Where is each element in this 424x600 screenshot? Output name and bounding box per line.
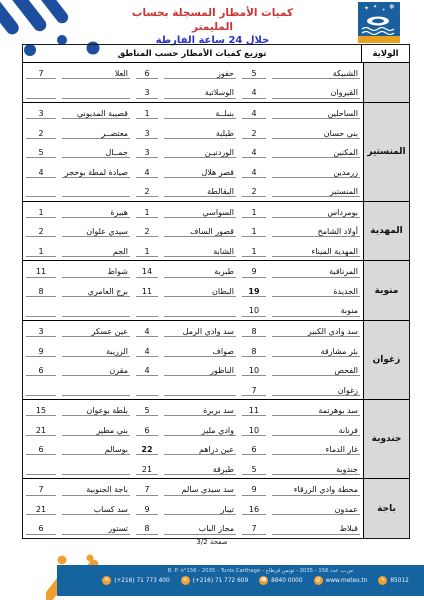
contact-item: ☎8840 0000 [259, 576, 302, 585]
station-name-text: تيبار [164, 505, 236, 515]
rain-value-text: 11 [136, 287, 158, 297]
station-name-cell: سد وادي الرمل [161, 321, 239, 341]
rain-value-cell: 3 [133, 123, 161, 143]
station-name-text: الجم [62, 247, 130, 257]
station-name-cell: البطان [161, 281, 239, 301]
station-name-cell: جمــال [59, 142, 133, 162]
rain-value-text: 1 [26, 247, 56, 257]
rain-value-cell: 10 [239, 420, 269, 440]
rain-value-cell: 21 [23, 420, 59, 440]
wilaya-cell: منوبة [363, 261, 409, 320]
rain-value-text: 4 [136, 347, 158, 357]
contact-text: (+216) 71 772 609 [193, 578, 248, 584]
rain-value-text: 3 [26, 109, 56, 119]
rain-value-cell [23, 459, 59, 479]
rain-value-cell: 4 [239, 162, 269, 182]
station-name-text: البقالطة [164, 187, 236, 197]
rain-value-cell: 22 [133, 439, 161, 459]
rain-value-cell: 6 [133, 63, 161, 83]
station-name-text: سد وادي الكبير [272, 327, 360, 337]
station-name-text: غار الدماء [272, 445, 360, 455]
rain-value-text [26, 89, 56, 99]
regions-column-header: توزيع كميات الأمطار حسب المناطق [23, 45, 361, 62]
rain-value-text: 5 [242, 69, 266, 79]
station-name-cell: قصر هلال [161, 162, 239, 182]
rain-value-cell: 4 [239, 142, 269, 162]
rainfall-table: الولاية توزيع كميات الأمطار حسب المناطق … [22, 44, 410, 539]
station-name-cell: زرمدين [269, 162, 363, 182]
rain-value-cell: 1 [239, 221, 269, 241]
rain-value-cell: 2 [23, 123, 59, 143]
rain-value-text: 6 [136, 426, 158, 436]
table-row: أولاد الشامخ1قصور الساف2سيدي علوان2 [23, 221, 363, 241]
group-rows: سد بوهرتمة11سد بربرة5بلطة بوعوان15فرنانة… [23, 400, 363, 478]
rain-value-cell: 1 [133, 202, 161, 222]
station-name-text: جندوبة [272, 465, 360, 475]
rain-value-cell: 3 [133, 142, 161, 162]
rain-value-cell: 16 [239, 499, 269, 519]
contact-item: ✎85012 [378, 576, 408, 585]
rain-value-cell [23, 181, 59, 201]
rain-value-cell: 1 [239, 241, 269, 261]
station-name-text: عين عسكر [62, 327, 130, 337]
station-name-text: بني حسان [272, 129, 360, 139]
station-name-text: بومرداس [272, 208, 360, 218]
rain-value-text: 8 [242, 347, 266, 357]
station-name-cell [59, 380, 133, 400]
rain-value-text: 7 [26, 69, 56, 79]
rain-value-text: 6 [26, 524, 56, 534]
rain-value-cell: 8 [239, 341, 269, 361]
station-name-cell: بئر مشارقة [269, 341, 363, 361]
wilaya-group: باجةمحطة وادي الزرقاء9سد سيدي سالم7باجة … [23, 478, 409, 538]
station-name-cell: غار الدماء [269, 439, 363, 459]
station-name-text [62, 188, 130, 197]
station-name-text: الزريبة [62, 347, 130, 357]
rain-value-cell [23, 301, 59, 321]
station-name-text: طبربة [164, 267, 236, 277]
wilaya-group: المهديةبومرداس1السواسي1هبيرة1أولاد الشام… [23, 201, 409, 261]
rain-value-cell: 9 [133, 499, 161, 519]
rain-value-cell [23, 83, 59, 103]
station-name-text: المكنين [272, 148, 360, 158]
rain-value-cell: 4 [133, 162, 161, 182]
station-name-text: زرمدين [272, 168, 360, 178]
station-name-cell: هبيرة [59, 202, 133, 222]
rain-value-cell: 1 [133, 241, 161, 261]
svg-text:✦: ✦ [382, 7, 386, 12]
rain-value-text: 7 [136, 485, 158, 495]
station-name-text: بني مطير [62, 426, 130, 436]
rain-value-text: 21 [136, 465, 158, 475]
contact-item: ☏(+216) 71 772 609 [181, 576, 248, 585]
rain-value-cell: 21 [23, 499, 59, 519]
station-name-text: بلطة بوعوان [62, 406, 130, 416]
station-name-cell: معتصــر [59, 123, 133, 143]
station-name-cell: الزريبة [59, 341, 133, 361]
table-row: الفحص10الناظور4مقرن6 [23, 360, 363, 380]
table-row: زغوان7 [23, 380, 363, 400]
station-name-cell: أولاد الشامخ [269, 221, 363, 241]
rain-value-cell: 9 [239, 479, 269, 499]
rain-value-text: 1 [26, 208, 56, 218]
rain-value-cell: 1 [23, 241, 59, 261]
rain-value-text: 1 [136, 109, 158, 119]
station-name-text: الوسلاتية [164, 88, 236, 98]
rain-value-cell: 2 [239, 181, 269, 201]
rain-value-cell [133, 380, 161, 400]
station-name-text: العلا [62, 69, 130, 79]
rain-value-text: 4 [242, 168, 266, 178]
station-name-cell: جندوبة [269, 459, 363, 479]
rain-value-text: 1 [242, 247, 266, 257]
station-name-cell: صيادة لمطة بوحجر [59, 162, 133, 182]
station-name-cell [161, 380, 239, 400]
contact-item: @www.meteo.tn [314, 576, 368, 585]
rain-value-cell: 11 [239, 400, 269, 420]
wilaya-column-header: الولاية [361, 45, 409, 62]
station-name-cell: تستور [59, 519, 133, 539]
rain-value-text: 9 [26, 347, 56, 357]
table-row: غار الدماء6عين دراهم22بوسالم6 [23, 439, 363, 459]
group-rows: الساحلين4بنبلــة1قصيبة المديوني3بني حسان… [23, 103, 363, 201]
rain-value-cell: 10 [239, 360, 269, 380]
contact-text: 8840 0000 [271, 578, 302, 584]
report-title: كميات الأمطار المسجلة بحساب المليمتر خلا… [110, 6, 315, 48]
station-name-text: منوبة [272, 306, 360, 316]
station-name-text: طبلبة [164, 129, 236, 139]
rain-value-cell: 4 [133, 341, 161, 361]
contact-text: (+216) 71 773 400 [114, 578, 169, 584]
station-name-text: بوسالم [62, 445, 130, 455]
rain-value-text: 5 [26, 148, 56, 158]
rain-value-text: 2 [242, 129, 266, 139]
station-name-text: قصور الساف [164, 227, 236, 237]
wilaya-cell: زغوان [363, 321, 409, 399]
table-row: المرناقية9طبربة14شواط11 [23, 261, 363, 281]
rain-value-cell [133, 301, 161, 321]
station-name-cell: بومرداس [269, 202, 363, 222]
station-name-cell: سد بربرة [161, 400, 239, 420]
rain-value-text: 6 [26, 445, 56, 455]
station-name-text: سد كساب [62, 505, 130, 515]
rain-value-text: 10 [242, 366, 266, 376]
station-name-cell: منوبة [269, 301, 363, 321]
rain-value-cell: 2 [133, 221, 161, 241]
rain-value-cell: 19 [239, 281, 269, 301]
table-row: المنستير2البقالطة2 [23, 181, 363, 201]
station-name-cell: المهدية الميناء [269, 241, 363, 261]
rain-value-text: 22 [136, 445, 158, 455]
station-name-text: الجديدة [272, 287, 360, 297]
station-name-cell: بوسالم [59, 439, 133, 459]
station-name-text [62, 90, 130, 99]
station-name-cell: الجم [59, 241, 133, 261]
station-name-cell: عين عسكر [59, 321, 133, 341]
rain-value-text [26, 307, 56, 317]
rain-value-text: 6 [26, 366, 56, 376]
rain-value-text: 2 [26, 227, 56, 237]
rain-value-text [136, 307, 158, 317]
station-name-cell: تيبار [161, 499, 239, 519]
rain-value-text: 4 [26, 168, 56, 178]
station-name-cell: القيروان [269, 83, 363, 103]
rain-value-text: 10 [242, 426, 266, 436]
station-name-cell: الشبيكة [269, 63, 363, 83]
rain-value-cell: 6 [133, 420, 161, 440]
sms-icon: ✎ [378, 576, 387, 585]
rain-value-cell: 5 [239, 459, 269, 479]
rain-value-cell: 1 [133, 103, 161, 123]
rain-value-text: 8 [136, 524, 158, 534]
rain-value-text: 2 [26, 129, 56, 139]
station-name-cell: الفحص [269, 360, 363, 380]
rain-value-text [26, 187, 56, 197]
svg-text:✦: ✦ [364, 5, 369, 12]
rain-value-text: 2 [242, 187, 266, 197]
station-name-cell: سد بوهرتمة [269, 400, 363, 420]
station-name-cell: قبلاط [269, 519, 363, 539]
rain-value-text: 8 [242, 327, 266, 337]
rain-value-text: 8 [26, 287, 56, 297]
rain-value-text: 7 [242, 524, 266, 534]
station-name-text: طبرقة [164, 465, 236, 475]
svg-text:❄: ❄ [389, 3, 395, 11]
table-row: المهدية الميناء1الشابة1الجم1 [23, 241, 363, 261]
station-name-text: المنستير [272, 187, 360, 197]
station-name-text: القيروان [272, 88, 360, 98]
station-name-cell: بني مطير [59, 420, 133, 440]
station-name-cell: البقالطة [161, 181, 239, 201]
contact-text: www.meteo.tn [326, 578, 368, 584]
station-name-cell: طبلبة [161, 123, 239, 143]
web-icon: @ [314, 576, 323, 585]
wilaya-cell [363, 63, 409, 102]
table-row: بومرداس1السواسي1هبيرة1 [23, 202, 363, 222]
station-name-cell: بنبلــة [161, 103, 239, 123]
rain-value-text: 19 [242, 287, 266, 297]
rain-value-text [136, 386, 158, 396]
emblem-art-icon: ✦ ✦ ✦ ❄ [358, 2, 400, 36]
station-name-cell: زغوان [269, 380, 363, 400]
rain-value-text: 7 [26, 485, 56, 495]
station-name-text: محطة وادي الزرقاء [272, 485, 360, 495]
rain-value-cell: 3 [23, 321, 59, 341]
rain-value-cell: 11 [133, 281, 161, 301]
station-name-cell: المكنين [269, 142, 363, 162]
meteo-institute-emblem: ✦ ✦ ✦ ❄ [358, 2, 400, 44]
rain-value-text: 3 [26, 327, 56, 337]
rain-value-cell: 7 [133, 479, 161, 499]
rain-value-cell: 21 [133, 459, 161, 479]
rain-value-text: 3 [136, 129, 158, 139]
station-name-text: سد وادي الرمل [164, 327, 236, 337]
station-name-cell: قصيبة المديوني [59, 103, 133, 123]
station-name-text: وادي مليز [164, 426, 236, 436]
station-name-text: المهدية الميناء [272, 247, 360, 257]
wilaya-cell: جندوبة [363, 400, 409, 478]
station-name-cell: مجاز الباب [161, 519, 239, 539]
station-name-text: السواسي [164, 208, 236, 218]
rain-value-text: 1 [242, 208, 266, 218]
station-name-text: الشابة [164, 247, 236, 257]
table-row: الجديدة19البطان11برج العامري8 [23, 281, 363, 301]
station-name-cell: المرناقية [269, 261, 363, 281]
station-name-cell: شواط [59, 261, 133, 281]
rain-value-text: 9 [242, 267, 266, 277]
table-row: المكنين4الوردنيـن3جمــال5 [23, 142, 363, 162]
station-name-cell: الوردنيـن [161, 142, 239, 162]
station-name-text: المرناقية [272, 267, 360, 277]
station-name-cell: المنستير [269, 181, 363, 201]
station-name-cell [59, 83, 133, 103]
station-name-cell: الجديدة [269, 281, 363, 301]
rain-value-cell: 9 [239, 261, 269, 281]
rain-value-cell: 6 [23, 439, 59, 459]
rain-value-cell: 2 [133, 181, 161, 201]
rain-value-cell: 8 [23, 281, 59, 301]
station-name-cell: سيدي علوان [59, 221, 133, 241]
emblem-yellow-band [358, 36, 400, 43]
rain-value-cell: 4 [239, 103, 269, 123]
rain-value-text: 4 [136, 366, 158, 376]
station-name-cell: وادي مليز [161, 420, 239, 440]
rain-value-text: 14 [136, 267, 158, 277]
rain-value-cell: 6 [23, 360, 59, 380]
group-rows: بومرداس1السواسي1هبيرة1أولاد الشامخ1قصور … [23, 202, 363, 261]
station-name-text: الناظور [164, 366, 236, 376]
table-row: عمدون16تيبار9سد كساب21 [23, 499, 363, 519]
station-name-cell: قصور الساف [161, 221, 239, 241]
station-name-text: البطان [164, 287, 236, 297]
station-name-text: تستور [62, 524, 130, 534]
station-name-text: الساحلين [272, 109, 360, 119]
contact-item: ✉(+216) 71 773 400 [102, 576, 169, 585]
rain-value-text: 2 [136, 227, 158, 237]
rain-value-cell: 3 [133, 83, 161, 103]
station-name-cell: العلا [59, 63, 133, 83]
station-name-cell: فرنانة [269, 420, 363, 440]
rain-value-text: 5 [136, 406, 158, 416]
station-name-text: الوردنيـن [164, 148, 236, 158]
station-name-cell: مقرن [59, 360, 133, 380]
rain-value-text: 1 [242, 227, 266, 237]
station-name-cell: بني حسان [269, 123, 363, 143]
rain-value-text: 11 [26, 267, 56, 277]
station-name-cell: بلطة بوعوان [59, 400, 133, 420]
rain-value-text: 4 [136, 168, 158, 178]
rain-value-text: 6 [136, 69, 158, 79]
rain-value-text: 7 [242, 386, 266, 396]
contact-text: 85012 [390, 578, 408, 584]
rain-value-text: 4 [242, 88, 266, 98]
station-name-text: قبلاط [272, 524, 360, 534]
rain-value-cell: 2 [239, 123, 269, 143]
rain-value-cell: 14 [133, 261, 161, 281]
group-rows: المرناقية9طبربة14شواط11الجديدة19البطان11… [23, 261, 363, 320]
station-name-text [62, 466, 130, 475]
rain-value-text: 2 [136, 187, 158, 197]
station-name-cell: الساحلين [269, 103, 363, 123]
station-name-cell: طبربة [161, 261, 239, 281]
station-name-text: حفوز [164, 69, 236, 79]
rain-value-text: 10 [242, 306, 266, 316]
rain-value-text [26, 465, 56, 475]
wilaya-cell: المهدية [363, 202, 409, 261]
rain-value-text: 3 [136, 88, 158, 98]
wilaya-cell: المنستير [363, 103, 409, 201]
rain-value-text: 1 [136, 208, 158, 218]
station-name-text: زغوان [272, 386, 360, 396]
table-row: قبلاط7مجاز الباب8تستور6 [23, 519, 363, 539]
station-name-text: بئر مشارقة [272, 347, 360, 357]
station-name-cell [59, 301, 133, 321]
station-name-text: عين دراهم [164, 445, 236, 455]
group-rows: الشبيكة5حفوز6العلا7القيروان4الوسلاتية3 [23, 63, 363, 102]
station-name-text: سيدي علوان [62, 227, 130, 237]
table-row: الساحلين4بنبلــة1قصيبة المديوني3 [23, 103, 363, 123]
station-name-cell: الناظور [161, 360, 239, 380]
report-title-line1: كميات الأمطار المسجلة بحساب المليمتر [110, 6, 315, 34]
station-name-text: الشبيكة [272, 69, 360, 79]
rain-value-cell: 7 [23, 63, 59, 83]
rain-value-cell: 8 [133, 519, 161, 539]
rain-value-cell: 1 [23, 202, 59, 222]
station-name-text: الفحص [272, 366, 360, 376]
footer-bar: B. P. n°156 - 2035 - Tunis Carthage - ص.… [57, 565, 424, 596]
rain-value-text: 3 [136, 148, 158, 158]
rainfall-report-page: { "header": { "title_line1": "كميات الأم… [0, 0, 424, 600]
rain-value-text: 21 [26, 426, 56, 436]
station-name-cell: سد وادي الكبير [269, 321, 363, 341]
rain-value-text: 15 [26, 406, 56, 416]
wilaya-group: جندوبةسد بوهرتمة11سد بربرة5بلطة بوعوان15… [23, 399, 409, 478]
rain-value-cell: 7 [239, 519, 269, 539]
rain-value-cell: 9 [23, 341, 59, 361]
rain-value-cell: 4 [133, 321, 161, 341]
station-name-text: معتصــر [62, 129, 130, 139]
rain-value-cell: 5 [239, 63, 269, 83]
rain-value-cell: 1 [239, 202, 269, 222]
station-name-text: قصيبة المديوني [62, 109, 130, 119]
table-row: القيروان4الوسلاتية3 [23, 83, 363, 103]
rain-value-cell: 8 [239, 321, 269, 341]
wilaya-group: الشبيكة5حفوز6العلا7القيروان4الوسلاتية3 [23, 63, 409, 102]
station-name-text: صيادة لمطة بوحجر [62, 168, 130, 178]
station-name-text: أولاد الشامخ [272, 227, 360, 237]
page-number-label: صفحة 3/2 [0, 538, 424, 546]
rain-value-text: 9 [136, 505, 158, 515]
station-name-cell: سد سيدي سالم [161, 479, 239, 499]
station-name-text: جمــال [62, 148, 130, 158]
table-row: بئر مشارقة8صواف4الزريبة9 [23, 341, 363, 361]
rain-value-cell: 10 [239, 301, 269, 321]
rain-value-cell: 6 [239, 439, 269, 459]
rain-value-cell: 7 [239, 380, 269, 400]
station-name-text: فرنانة [272, 426, 360, 436]
station-name-text [164, 308, 236, 317]
group-rows: محطة وادي الزرقاء9سد سيدي سالم7باجة الجن… [23, 479, 363, 538]
station-name-cell: حفوز [161, 63, 239, 83]
table-row: منوبة10 [23, 301, 363, 321]
table-row: جندوبة5طبرقة21 [23, 459, 363, 479]
wilaya-group: زغوانسد وادي الكبير8سد وادي الرمل4عين عس… [23, 320, 409, 399]
rain-value-cell: 5 [133, 400, 161, 420]
table-row: سد وادي الكبير8سد وادي الرمل4عين عسكر3 [23, 321, 363, 341]
station-name-cell [59, 181, 133, 201]
rain-value-text: 11 [242, 406, 266, 416]
station-name-text: مقرن [62, 366, 130, 376]
